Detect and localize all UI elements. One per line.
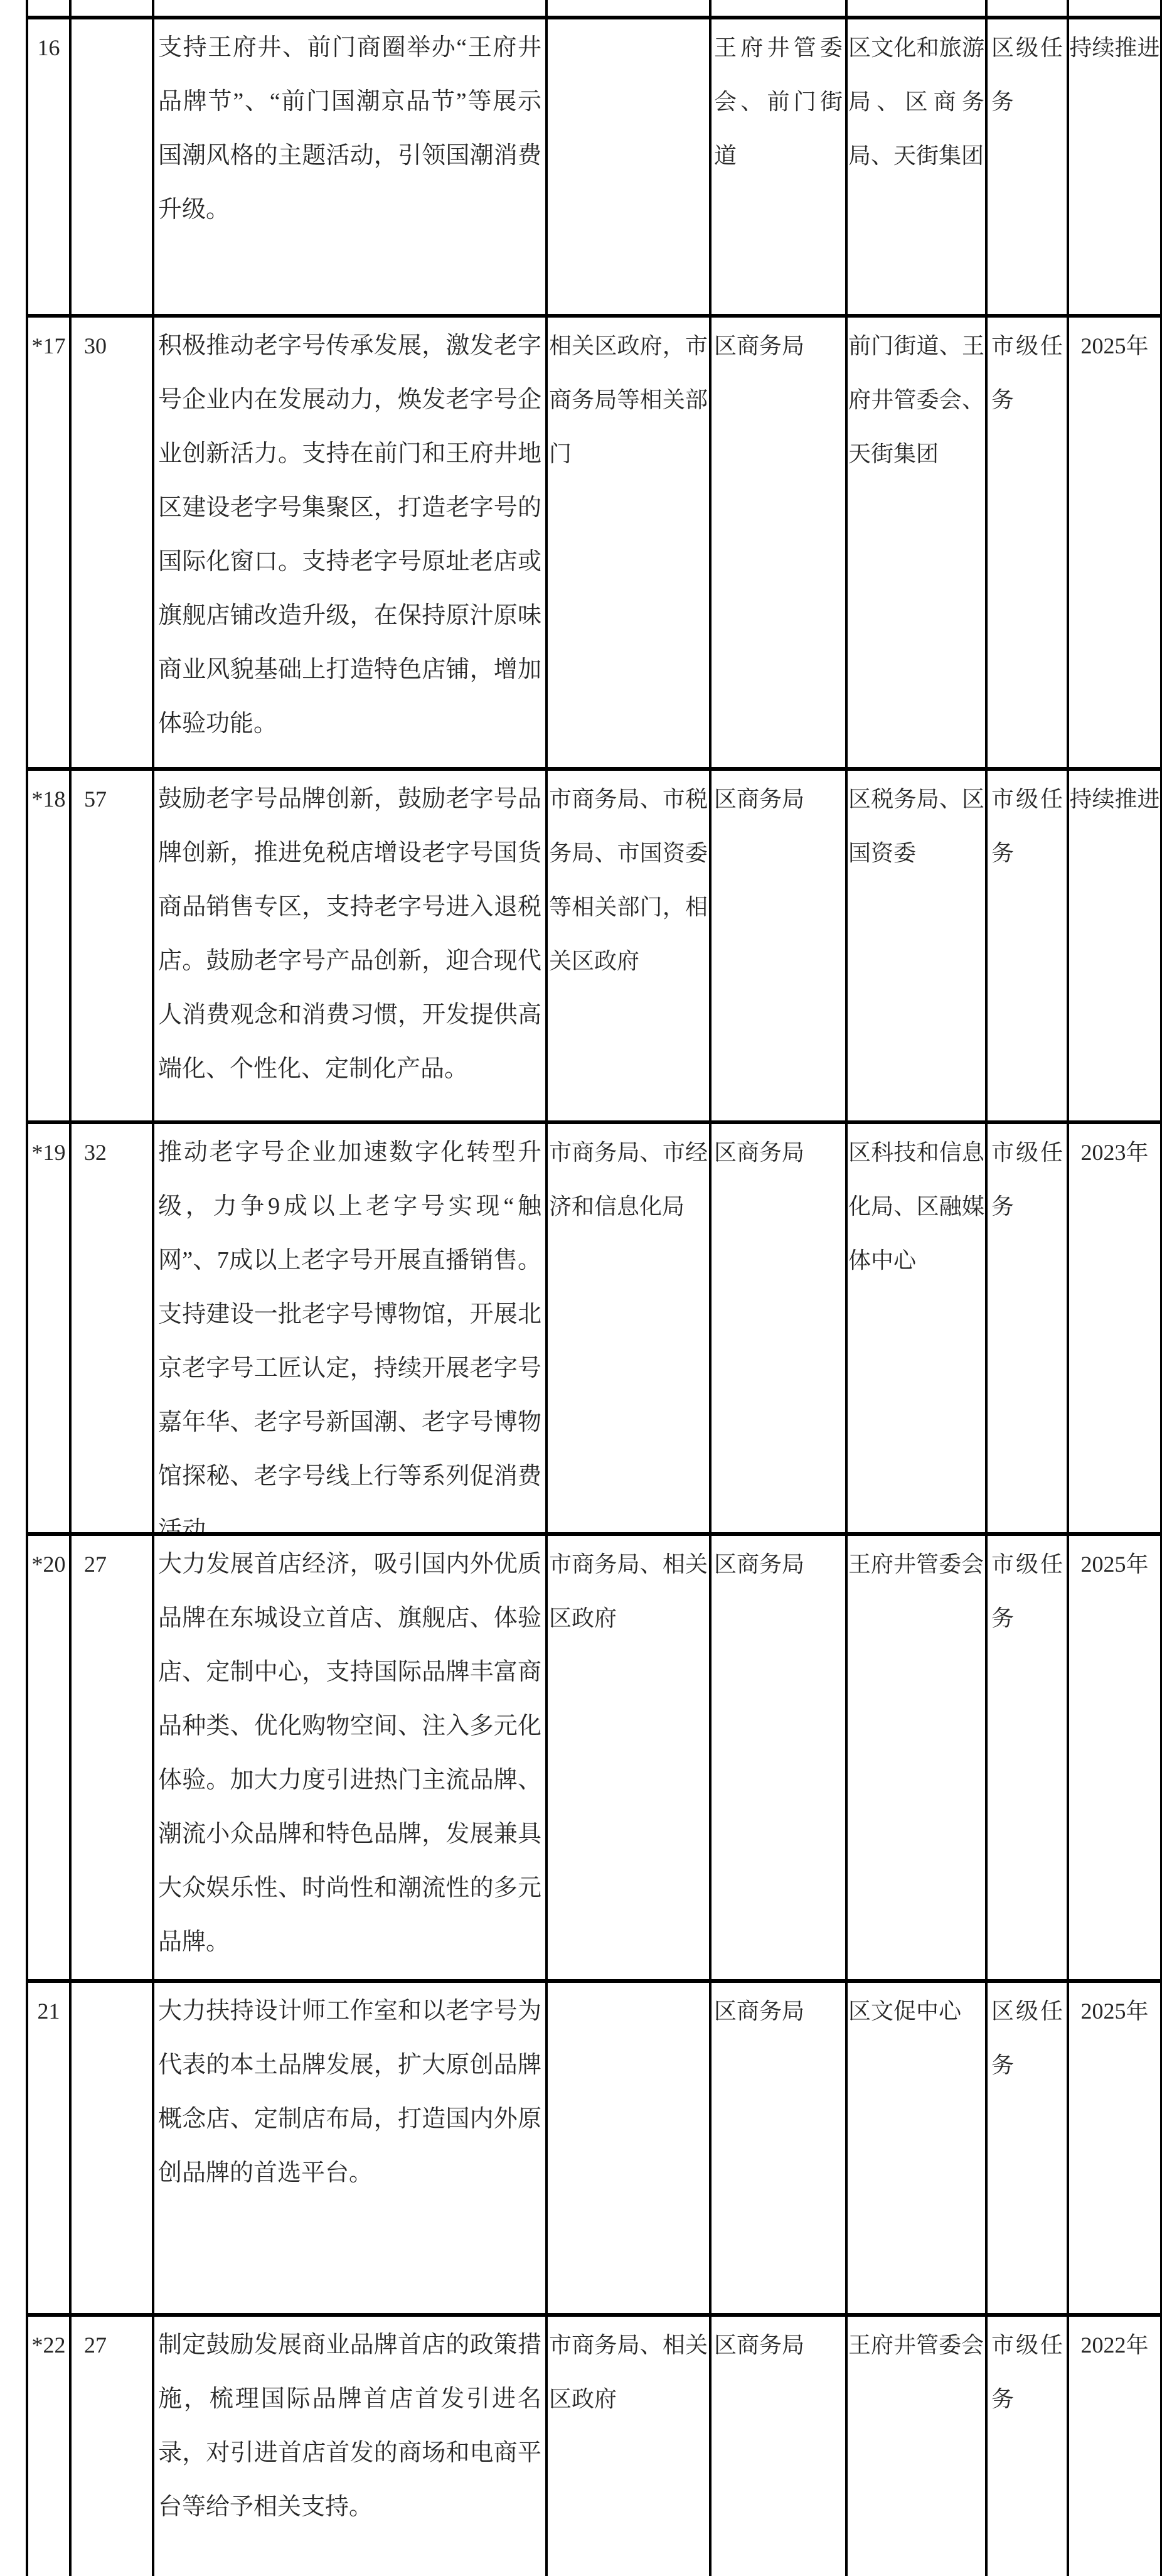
cell-support-units: 区文化和旅游局、区商务局、天街集团 — [848, 19, 988, 314]
cell-support-units: 区税务局、区国资委 — [848, 771, 988, 1120]
table-row: 16 支持王府井、前门商圈举办“王府井品牌节”、“前门国潮京品节”等展示国潮风格… — [28, 16, 1162, 314]
cell-task-description: 推动老字号企业加速数字化转型升级，力争9成以上老字号实现“触网”、7成以上老字号… — [154, 1124, 548, 1532]
cell-city-lead-unit — [548, 1983, 712, 2313]
cell-task-description: 大力扶持设计师工作室和以老字号为代表的本土品牌发展，扩大原创品牌概念店、定制店布… — [154, 1983, 548, 2313]
cell-task-description: 支持王府井、前门商圈举办“王府井品牌节”、“前门国潮京品节”等展示国潮风格的主题… — [154, 19, 548, 314]
cell-task-level: 市级任务 — [988, 2317, 1069, 2576]
cell-task-level: 市级任务 — [988, 318, 1069, 767]
cell-city-lead-unit: 市商务局、相关区政府 — [548, 1536, 712, 1979]
cell-task-description — [154, 0, 548, 16]
cell-row-number — [28, 0, 72, 16]
table-row: *22 27 制定鼓励发展商业品牌首店的政策措施，梳理国际品牌首店首发引进名录，… — [28, 2313, 1162, 2576]
cell-task-level: 区级任务 — [988, 1983, 1069, 2313]
cell-task-number: 32 — [72, 1124, 154, 1532]
cell-timeline: 持续推进 — [1069, 19, 1162, 314]
cell-city-lead-unit: 市商务局、市经济和信息化局 — [548, 1124, 712, 1532]
cell-task-description: 大力发展首店经济，吸引国内外优质品牌在东城设立首店、旗舰店、体验店、定制中心，支… — [154, 1536, 548, 1979]
cell-timeline — [1069, 0, 1162, 16]
cell-timeline: 2023年 — [1069, 1124, 1162, 1532]
table-row: *18 57 鼓励老字号品牌创新，鼓励老字号品牌创新，推进免税店增设老字号国货商… — [28, 767, 1162, 1120]
cell-row-number: 21 — [28, 1983, 72, 2313]
cell-task-level — [988, 0, 1069, 16]
cell-task-number — [72, 1983, 154, 2313]
cell-support-units: 区文促中心 — [848, 1983, 988, 2313]
table-row: *17 30 积极推动老字号传承发展，激发老字号企业内在发展动力，焕发老字号企业… — [28, 314, 1162, 767]
cell-district-lead-unit: 区商务局 — [712, 771, 848, 1120]
cell-task-number — [72, 19, 154, 314]
cell-district-lead-unit: 区商务局 — [712, 1124, 848, 1532]
cell-task-level: 市级任务 — [988, 1536, 1069, 1979]
cell-support-units — [848, 0, 988, 16]
cell-row-number: 16 — [28, 19, 72, 314]
cell-district-lead-unit: 区商务局 — [712, 1536, 848, 1979]
cell-city-lead-unit: 市商务局、相关区政府 — [548, 2317, 712, 2576]
cell-district-lead-unit: 王府井管委会、前门街道 — [712, 19, 848, 314]
cell-support-units: 王府井管委会 — [848, 1536, 988, 1979]
cell-support-units: 区科技和信息化局、区融媒体中心 — [848, 1124, 988, 1532]
table-row-partial — [28, 0, 1162, 16]
cell-district-lead-unit: 区商务局 — [712, 1983, 848, 2313]
cell-row-number: *22 — [28, 2317, 72, 2576]
cell-task-number: 30 — [72, 318, 154, 767]
cell-task-number: 27 — [72, 2317, 154, 2576]
cell-task-description: 积极推动老字号传承发展，激发老字号企业内在发展动力，焕发老字号企业创新活力。支持… — [154, 318, 548, 767]
cell-city-lead-unit — [548, 19, 712, 314]
action-plan-table: 16 支持王府井、前门商圈举办“王府井品牌节”、“前门国潮京品节”等展示国潮风格… — [26, 0, 1162, 2576]
table-row: 21 大力扶持设计师工作室和以老字号为代表的本土品牌发展，扩大原创品牌概念店、定… — [28, 1979, 1162, 2313]
cell-support-units: 王府井管委会 — [848, 2317, 988, 2576]
document-page: 16 支持王府井、前门商圈举办“王府井品牌节”、“前门国潮京品节”等展示国潮风格… — [0, 0, 1162, 2576]
cell-task-level: 市级任务 — [988, 1124, 1069, 1532]
cell-district-lead-unit: 区商务局 — [712, 2317, 848, 2576]
cell-row-number: *18 — [28, 771, 72, 1120]
cell-row-number: *19 — [28, 1124, 72, 1532]
cell-task-number: 27 — [72, 1536, 154, 1979]
cell-city-lead-unit: 市商务局、市税务局、市国资委等相关部门，相关区政府 — [548, 771, 712, 1120]
cell-timeline: 2025年 — [1069, 1536, 1162, 1979]
cell-timeline: 2022年 — [1069, 2317, 1162, 2576]
cell-row-number: *20 — [28, 1536, 72, 1979]
cell-timeline: 2025年 — [1069, 1983, 1162, 2313]
cell-task-number: 57 — [72, 771, 154, 1120]
cell-task-level: 市级任务 — [988, 771, 1069, 1120]
cell-district-lead-unit — [712, 0, 848, 16]
cell-task-number — [72, 0, 154, 16]
cell-district-lead-unit: 区商务局 — [712, 318, 848, 767]
cell-row-number: *17 — [28, 318, 72, 767]
cell-task-description: 鼓励老字号品牌创新，鼓励老字号品牌创新，推进免税店增设老字号国货商品销售专区，支… — [154, 771, 548, 1120]
cell-task-level: 区级任务 — [988, 19, 1069, 314]
table-row: *20 27 大力发展首店经济，吸引国内外优质品牌在东城设立首店、旗舰店、体验店… — [28, 1532, 1162, 1979]
cell-support-units: 前门街道、王府井管委会、天街集团 — [848, 318, 988, 767]
cell-task-description: 制定鼓励发展商业品牌首店的政策措施，梳理国际品牌首店首发引进名录，对引进首店首发… — [154, 2317, 548, 2576]
table-row: *19 32 推动老字号企业加速数字化转型升级，力争9成以上老字号实现“触网”、… — [28, 1120, 1162, 1532]
cell-city-lead-unit — [548, 0, 712, 16]
cell-timeline: 持续推进 — [1069, 771, 1162, 1120]
cell-city-lead-unit: 相关区政府，市商务局等相关部门 — [548, 318, 712, 767]
cell-timeline: 2025年 — [1069, 318, 1162, 767]
